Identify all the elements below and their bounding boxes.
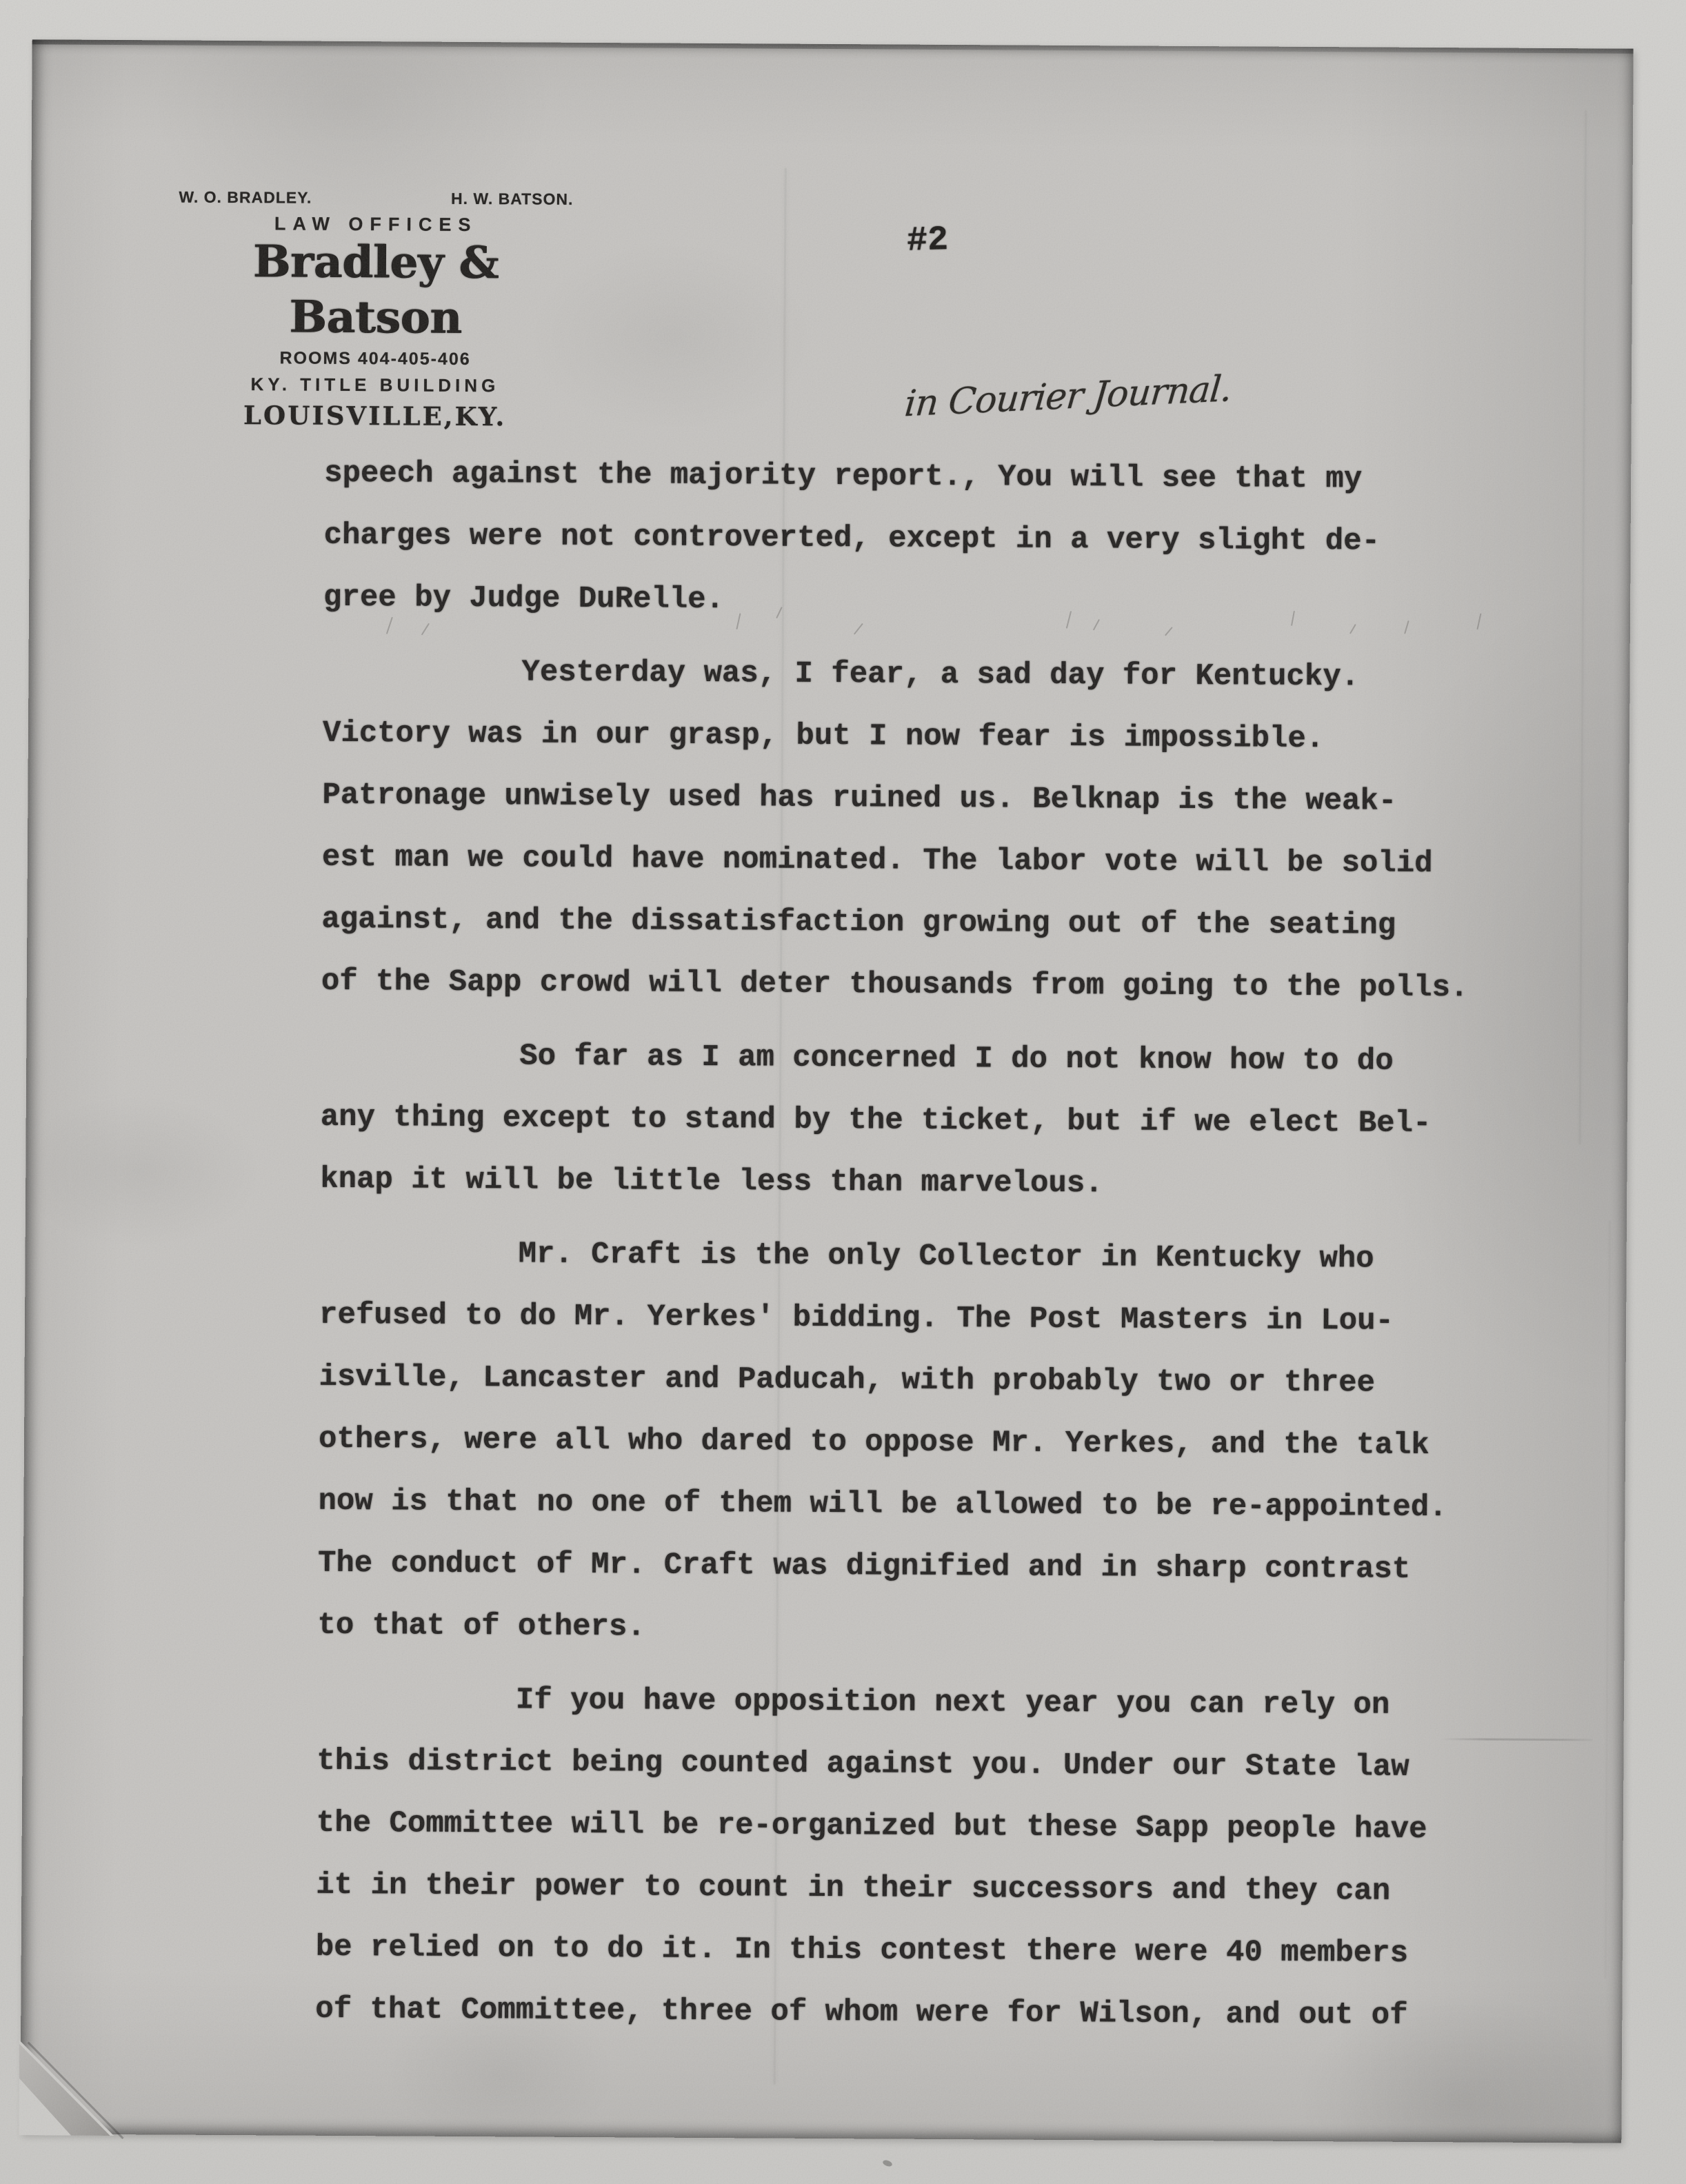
typed-line: Victory was in our grasp, but I now fear… xyxy=(323,702,1536,771)
typed-line: against, and the dissatisfaction growing… xyxy=(321,889,1535,958)
typed-line: isville, Lancaster and Paducah, with pro… xyxy=(319,1346,1532,1415)
typed-line: any thing except to stand by the ticket,… xyxy=(321,1086,1534,1155)
typed-line: est man we could have nominated. The lab… xyxy=(322,827,1536,896)
letterhead-partners: W. O. BRADLEY. H. W. BATSON. xyxy=(169,188,583,208)
letterhead-rooms-line: ROOMS 404-405-406 xyxy=(168,347,582,370)
typed-line: knap it will be little less than marvelo… xyxy=(320,1149,1534,1217)
typed-line: Mr. Craft is the only Collector in Kentu… xyxy=(319,1222,1533,1291)
typed-line: of the Sapp crowd will deter thousands f… xyxy=(321,951,1535,1020)
typed-line: refused to do Mr. Yerkes' bidding. The P… xyxy=(319,1284,1533,1353)
typed-line: now is that no one of them will be allow… xyxy=(318,1470,1532,1539)
typed-line: The conduct of Mr. Craft was dignified a… xyxy=(318,1533,1532,1601)
typed-line: of that Committee, three of whom were fo… xyxy=(315,1979,1529,2048)
typed-line: charges were not controverted, except in… xyxy=(323,505,1537,574)
handwritten-annotation: in Courier Journal. xyxy=(903,367,1265,425)
letter-page: W. O. BRADLEY. H. W. BATSON. LAW OFFICES… xyxy=(20,39,1633,2143)
scanned-letter: W. O. BRADLEY. H. W. BATSON. LAW OFFICES… xyxy=(0,0,1686,2184)
typed-line: So far as I am concerned I do not know h… xyxy=(321,1024,1534,1093)
typed-line: Patronage unwisely used has ruined us. B… xyxy=(322,765,1536,833)
letterhead-firm-name: Bradley & Batson xyxy=(168,234,583,346)
typed-line: to that of others. xyxy=(317,1595,1531,1664)
typed-line: the Committee will be re-organized but t… xyxy=(317,1792,1530,1861)
page-number: #2 xyxy=(906,221,949,261)
typed-line: If you have opposition next year you can… xyxy=(317,1668,1531,1737)
typed-line: Yesterday was, I fear, a sad day for Ken… xyxy=(323,640,1536,709)
paper-top-edge xyxy=(32,39,1634,53)
typed-line: it in their power to count in their succ… xyxy=(316,1854,1529,1923)
letterhead-office-line: LAW OFFICES xyxy=(169,212,583,236)
vertical-fold-crease xyxy=(1579,110,1587,1144)
scan-background-speck xyxy=(882,2159,893,2167)
typed-body: speech against the majority report., You… xyxy=(315,443,1538,2048)
typed-line: speech against the majority report., You… xyxy=(324,443,1538,512)
letterhead: W. O. BRADLEY. H. W. BATSON. LAW OFFICES… xyxy=(168,188,583,432)
letterhead-building-line: KY. TITLE BUILDING xyxy=(168,373,582,396)
typed-line: be relied on to do it. In this contest t… xyxy=(316,1917,1529,1985)
typed-line: this district being counted against you.… xyxy=(317,1730,1530,1799)
partner-name-left: W. O. BRADLEY. xyxy=(179,188,312,208)
vertical-fold-crease xyxy=(1605,1221,1611,1979)
letterhead-city-line: LOUISVILLE,KY. xyxy=(168,399,582,432)
typed-line: others, were all who dared to oppose Mr.… xyxy=(319,1408,1532,1477)
partner-name-right: H. W. BATSON. xyxy=(451,190,574,209)
